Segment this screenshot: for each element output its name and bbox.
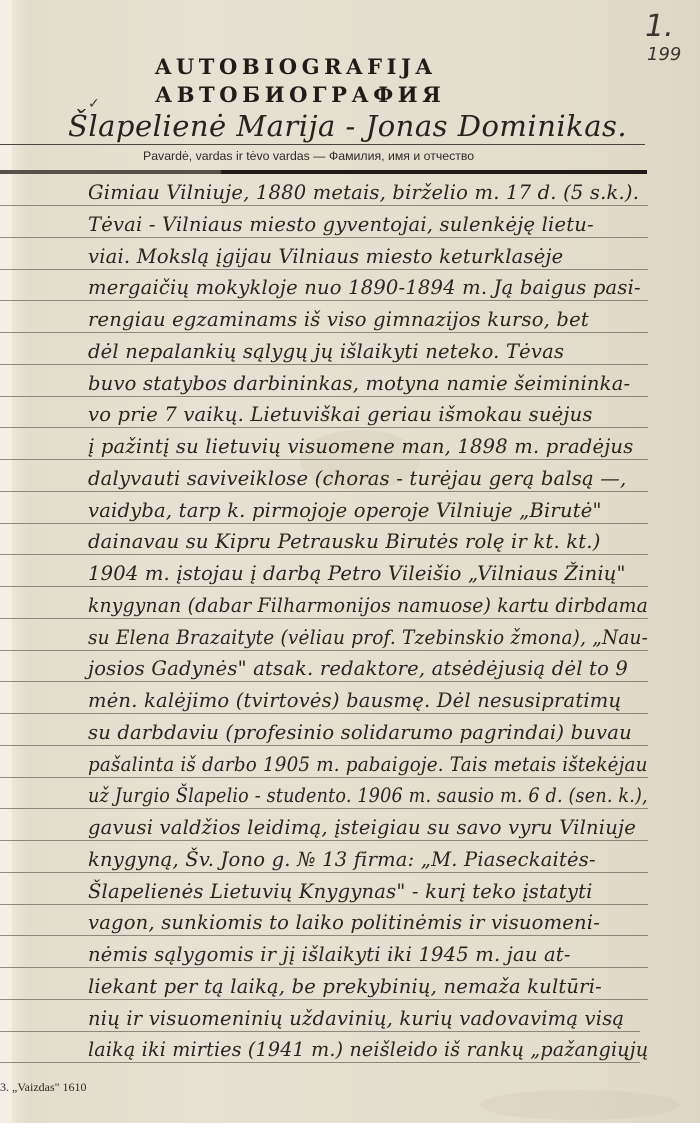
handwritten-line: liekant per tą laiką, be prekybinių, nem… <box>88 977 602 997</box>
page-number: 1. <box>645 12 674 42</box>
handwritten-line: 1904 m. įstojau į darbą Petro Vileišio „… <box>88 564 626 584</box>
ruled-line <box>0 935 648 936</box>
ruled-line <box>0 427 648 428</box>
ruled-line <box>0 396 648 397</box>
handwritten-line: buvo statybos darbininkas, motyna namie … <box>88 374 630 394</box>
handwritten-line: Šlapelienės Lietuvių Knygynas" - kurį te… <box>88 882 593 902</box>
ruled-line <box>0 332 648 333</box>
handwritten-line: dėl nepalankių sąlygų jų išlaikyti netek… <box>88 342 564 362</box>
handwritten-line: laiką iki mirties (1941 m.) neišleido iš… <box>88 1040 648 1060</box>
handwritten-line: vo prie 7 vaikų. Lietuviškai geriau išmo… <box>88 405 593 425</box>
title-lithuanian: AUTOBIOGRAFIJA <box>155 56 455 77</box>
autobiography-page: 1. 199 AUTOBIOGRAFIJA АВТОБИОГРАФИЯ ✓ Šl… <box>0 0 700 1123</box>
ruled-line <box>0 554 648 555</box>
handwritten-line: su darbdaviu (profesinio solidarumo pagr… <box>88 723 632 743</box>
handwritten-line: rengiau egzaminams iš viso gimnazijos ku… <box>88 310 589 330</box>
handwritten-line: Tėvai - Vilniaus miesto gyventojai, sule… <box>88 215 594 235</box>
handwritten-line: už Jurgio Šlapelio - studento. 1906 m. s… <box>88 786 648 806</box>
ruled-line <box>0 650 648 651</box>
handwritten-line: josios Gadynės" atsak. redaktore, atsėdė… <box>88 659 628 679</box>
ruled-line <box>0 269 648 270</box>
title-russian: АВТОБИОГРАФИЯ <box>155 84 455 105</box>
handwritten-line: pašalinta iš darbo 1905 m. pabaigoje. Ta… <box>88 755 648 775</box>
ruled-line <box>0 300 648 301</box>
ruled-line <box>0 872 648 873</box>
handwritten-line: vagon, sunkiomis to laiko politinėmis ir… <box>88 913 600 933</box>
handwritten-line: viai. Mokslą įgijau Vilniaus miesto ketu… <box>88 247 563 267</box>
handwritten-line: dalyvauti saviveiklose (choras - turėjau… <box>88 469 626 489</box>
name-field-rule <box>0 144 645 145</box>
handwritten-line: su Elena Brazaityte (vėliau prof. Tzebin… <box>88 628 648 648</box>
handwritten-line: dainavau su Kipru Petrausku Birutės rolę… <box>88 532 601 552</box>
ruled-line <box>0 777 648 778</box>
ruled-line <box>0 967 648 968</box>
ruled-line <box>0 586 648 587</box>
ruled-line <box>0 205 648 206</box>
ruled-line <box>0 459 648 460</box>
ruled-line <box>0 745 648 746</box>
handwritten-line: į pažintį su lietuvių visuomene man, 189… <box>88 437 633 457</box>
handwritten-line: mėn. kalėjimo (tvirtovės) bausmę. Dėl ne… <box>88 691 621 711</box>
ruled-line <box>0 808 648 809</box>
ruled-line <box>0 713 648 714</box>
handwritten-line: gavusi valdžios leidimą, įsteigiau su sa… <box>88 818 636 838</box>
ruled-line <box>0 618 648 619</box>
archive-number: 199 <box>647 46 681 64</box>
ruled-line <box>0 681 648 682</box>
ruled-line <box>0 1031 640 1032</box>
paper-stain <box>480 1090 680 1120</box>
header-divider <box>0 170 647 174</box>
ruled-line <box>0 491 648 492</box>
ruled-line <box>0 523 648 524</box>
handwritten-line: knygyną, Šv. Jono g. № 13 firma: „M. Pia… <box>88 850 596 870</box>
ruled-line <box>0 904 648 905</box>
handwritten-line: knygynan (dabar Filharmonijos namuose) k… <box>88 596 648 616</box>
printer-mark: 3. „Vaizdas" 1610 <box>0 1080 87 1095</box>
name-field-value: Šlapelienė Marija - Jonas Dominikas. <box>68 109 627 143</box>
ruled-line <box>0 999 648 1000</box>
ruled-line <box>0 364 648 365</box>
paper-edge <box>0 0 12 1123</box>
handwritten-line: nėmis sąlygomis ir jį išlaikyti iki 1945… <box>88 945 571 965</box>
handwritten-line: mergaičių mokykloje nuo 1890-1894 m. Ją … <box>88 278 641 298</box>
name-field-caption: Pavardė, vardas ir tėvo vardas — Фамилия… <box>143 149 474 163</box>
handwritten-line: vaidyba, tarp k. pirmojoje operoje Vilni… <box>88 501 602 521</box>
handwritten-line: Gimiau Vilniuje, 1880 metais, birželio m… <box>88 183 639 203</box>
handwritten-line: nių ir visuomeninių uždavinių, kurių vad… <box>88 1009 624 1029</box>
ruled-line <box>0 1062 640 1063</box>
ruled-line <box>0 237 648 238</box>
ruled-line <box>0 840 648 841</box>
